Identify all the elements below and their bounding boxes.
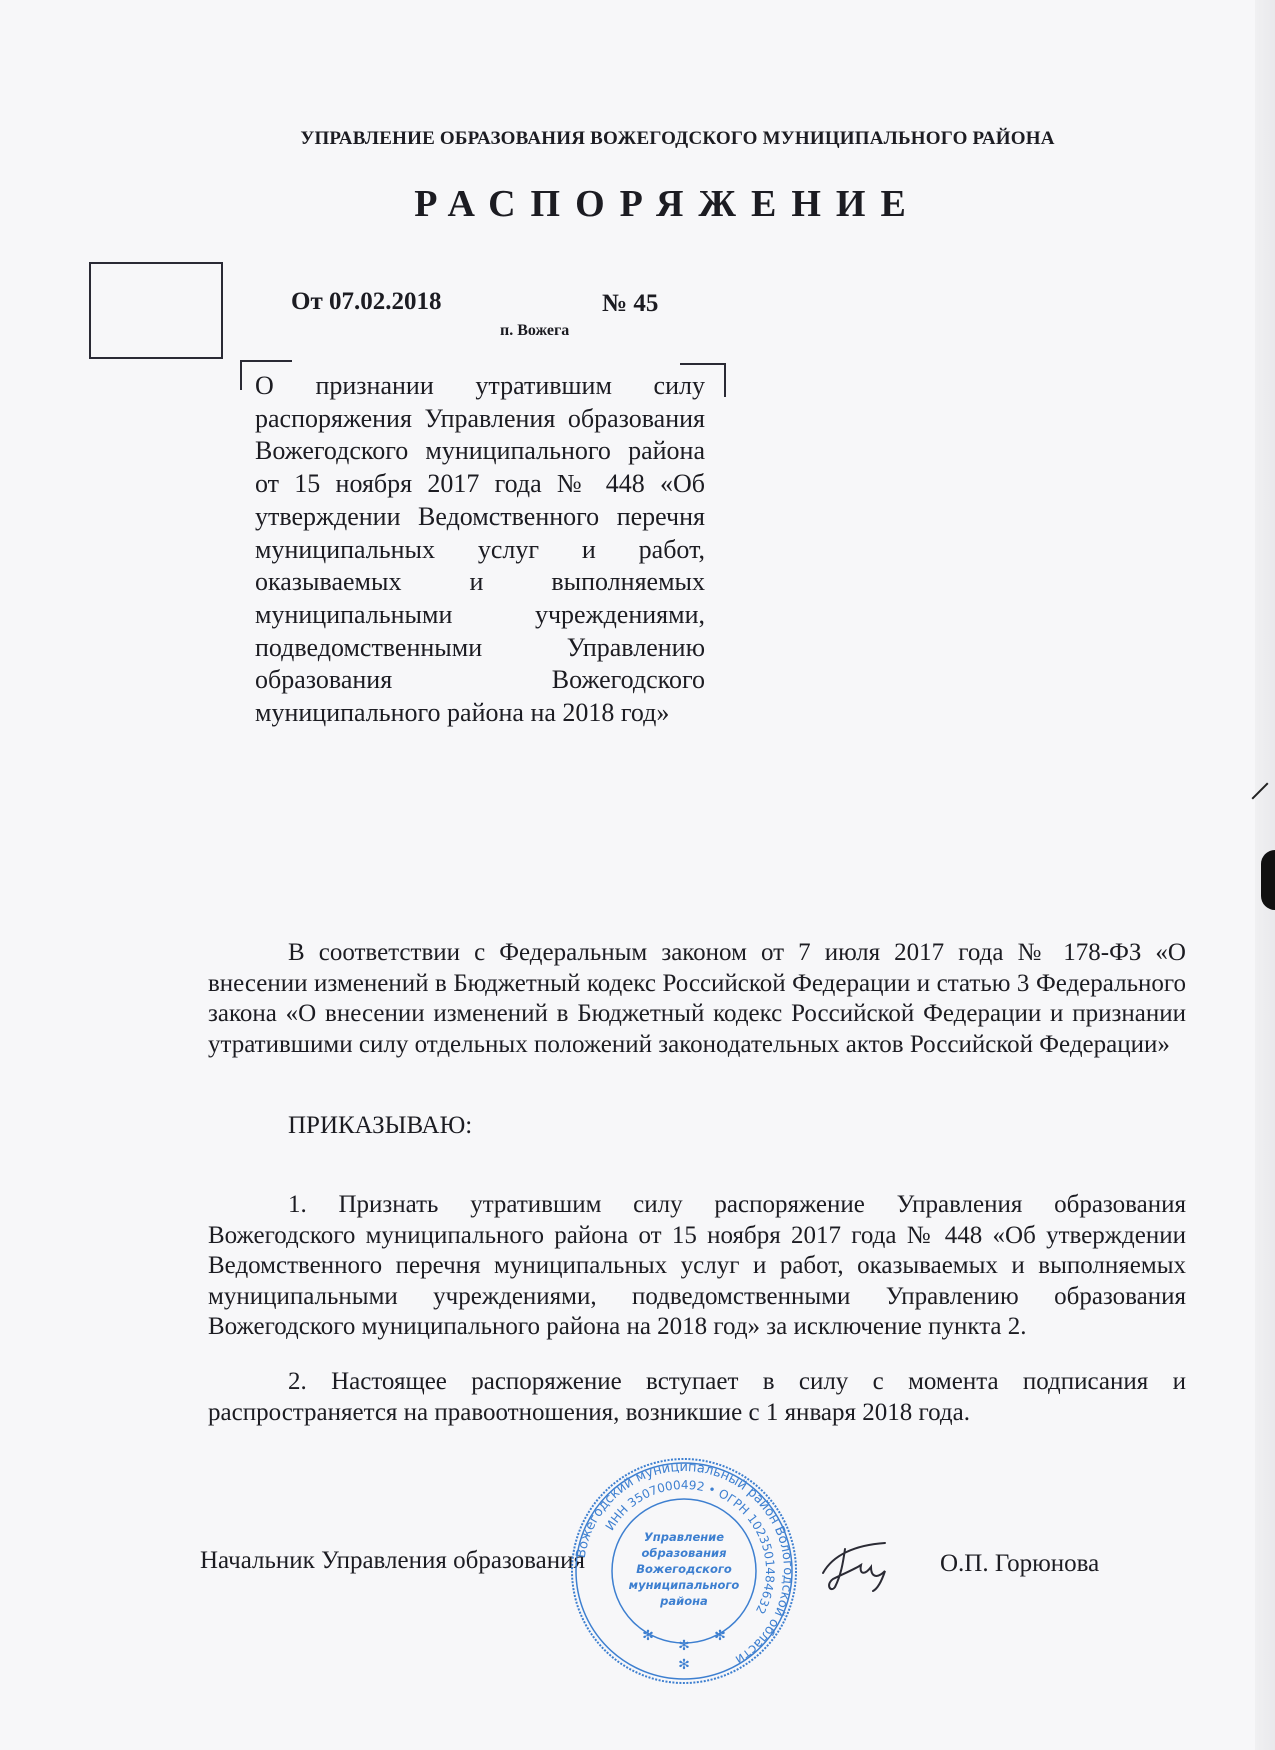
stamp-star-icon: ✻ [678,1657,690,1673]
stamp-star-icon: ✻ [678,1638,690,1654]
stamp-center-line: Вожегодского [636,1562,732,1576]
order-word: ПРИКАЗЫВАЮ: [288,1111,588,1142]
signatory-position: Начальник Управления образования [200,1547,585,1575]
scan-edge-mark [1261,850,1275,910]
stamp-center-line: Управление [644,1530,724,1544]
stamp-center-line: образования [642,1546,728,1560]
official-stamp: Вожегодский муниципальный район Вологодс… [568,1455,800,1687]
document-subject: О признании утратившим силу распоряжения… [255,370,705,730]
signatory-name: О.П. Горюнова [940,1550,1099,1578]
stamp-star-icon: ✻ [714,1628,726,1644]
stamp-center-line: муниципального [629,1578,740,1592]
stamp-center-line: района [659,1594,708,1608]
document-title: РАСПОРЯЖЕНИЕ [0,182,1275,226]
stamp-star-icon: ✻ [642,1628,654,1644]
order-item-2: 2. Настоящее распоряжение вступает в сил… [208,1367,1186,1428]
document-date: От 07.02.2018 [291,288,441,316]
basis-paragraph: В соответствии с Федеральным законом от … [208,938,1186,1060]
document-place: п. Вожега [500,322,569,340]
organization-header: УПРАВЛЕНИЕ ОБРАЗОВАНИЯ ВОЖЕГОДСКОГО МУНИ… [0,128,1275,150]
registration-box [89,262,223,359]
handwritten-signature [815,1535,905,1595]
document-number: № 45 [602,290,658,318]
order-item-1: 1. Признать утратившим силу распоряжение… [208,1190,1186,1343]
